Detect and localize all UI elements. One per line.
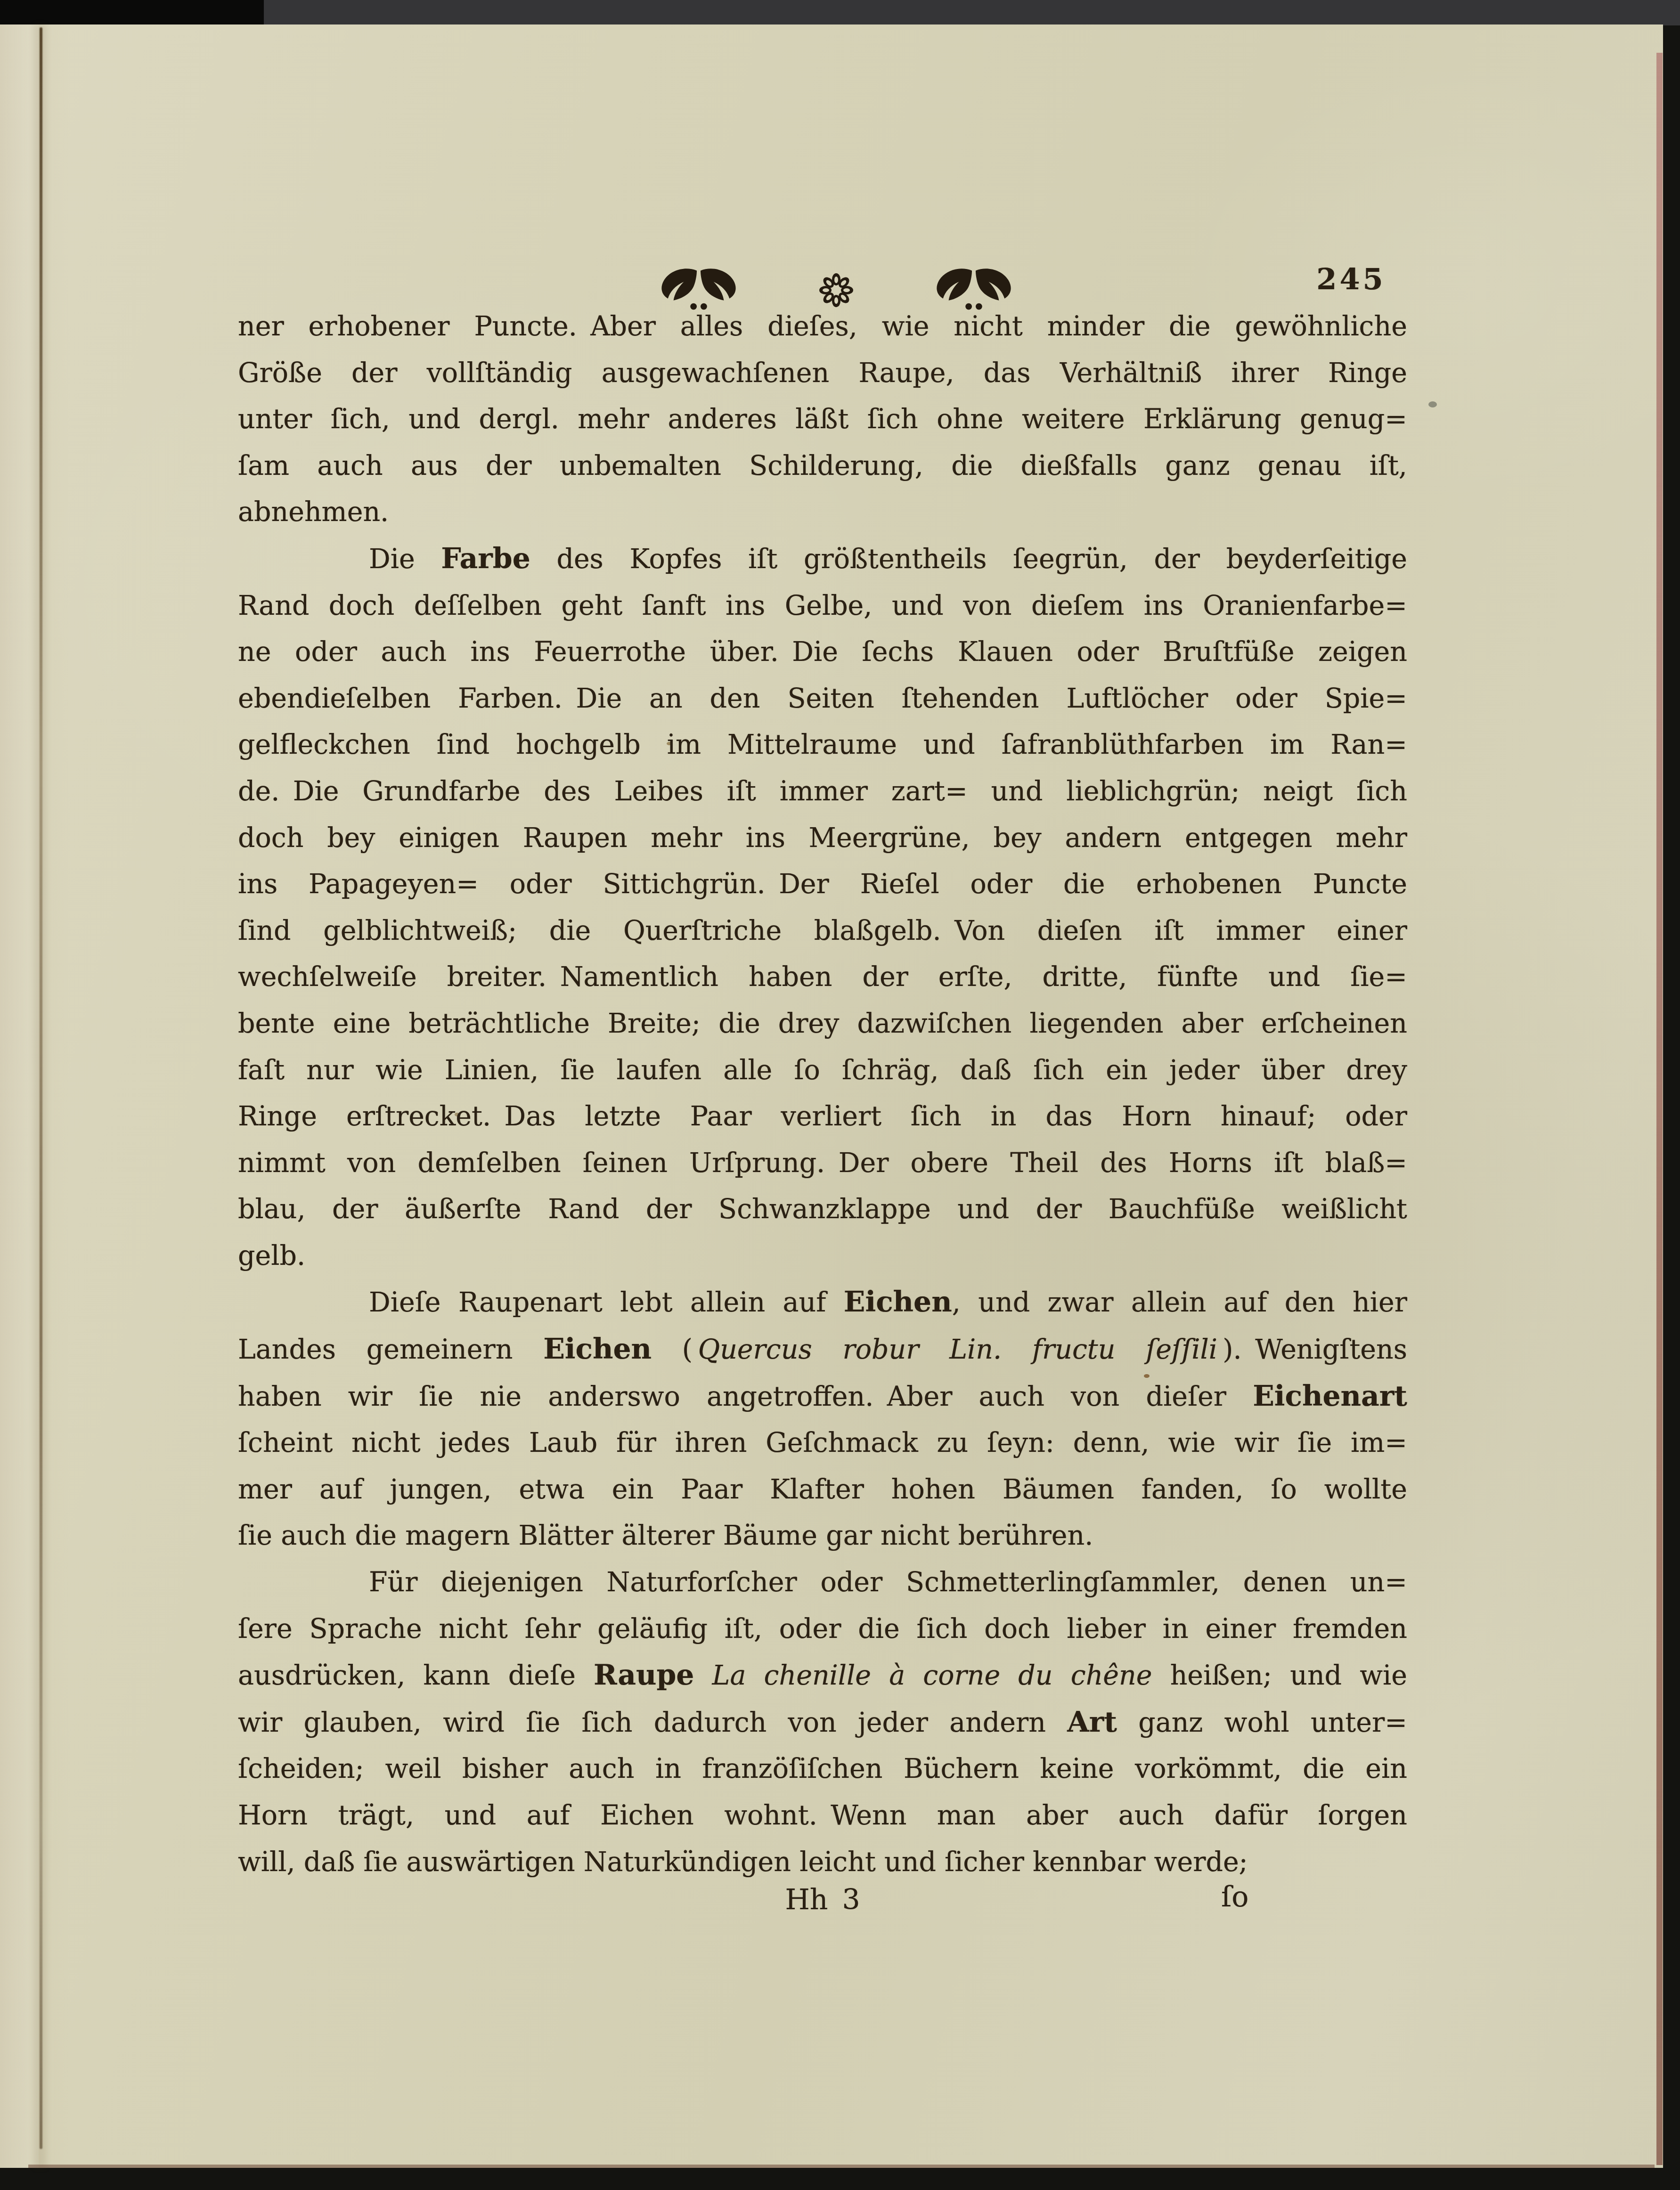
binding-crease-line xyxy=(40,27,42,2149)
body-text: Ringe erſtrecket. Das letzte Paar verlie… xyxy=(238,1101,1407,1132)
text-line: Dieſe Raupenart lebt allein auf Eichen, … xyxy=(238,1279,1407,1326)
text-line: faſt nur wie Linien, ſie laufen alle ſo … xyxy=(238,1047,1407,1094)
body-text: Größe der vollſtändig ausgewachſenen Rau… xyxy=(238,358,1407,389)
body-text: wir glauben, wird ſie ſich dadurch von j… xyxy=(238,1707,1067,1738)
emphasized-text: Eichenart xyxy=(1253,1380,1407,1413)
body-text: ebendieſelben Farben. Die an den Seiten … xyxy=(238,683,1407,714)
body-text: , und zwar allein auf den hier xyxy=(952,1287,1407,1318)
body-text: doch bey einigen Raupen mehr ins Meergrü… xyxy=(238,822,1407,854)
body-text: Die xyxy=(369,544,441,575)
body-text: Für diejenigen Naturforſcher oder Schmet… xyxy=(369,1567,1407,1598)
body-text: bente eine beträchtliche Breite; die dre… xyxy=(238,1008,1407,1039)
text-line: Ringe erſtrecket. Das letzte Paar verlie… xyxy=(238,1093,1407,1140)
emphasized-text: Eichen xyxy=(543,1333,652,1366)
body-text xyxy=(694,1660,712,1691)
body-text: Horn trägt, und auf Eichen wohnt. Wenn m… xyxy=(238,1800,1407,1831)
body-text: faſt nur wie Linien, ſie laufen alle ſo … xyxy=(238,1055,1407,1086)
body-text: ſind gelblichtweiß; die Querſtriche blaß… xyxy=(238,915,1407,946)
emphasized-text: Eichen xyxy=(844,1286,952,1319)
text-line: ſie auch die magern Blätter älterer Bäum… xyxy=(238,1513,1407,1559)
text-line: ſam auch aus der unbemalten Schilderung,… xyxy=(238,443,1407,489)
text-line: will, daß ſie auswärtigen Naturkündigen … xyxy=(238,1839,1407,1886)
body-text: ). Wenigſtens xyxy=(1217,1334,1407,1365)
body-text: gelb. xyxy=(238,1240,305,1271)
text-line: Horn trägt, und auf Eichen wohnt. Wenn m… xyxy=(238,1792,1407,1839)
body-text: mer auf jungen, etwa ein Paar Klafter ho… xyxy=(238,1474,1407,1505)
body-text: ſam auch aus der unbemalten Schilderung,… xyxy=(238,450,1407,481)
text-line: doch bey einigen Raupen mehr ins Meergrü… xyxy=(238,815,1407,862)
text-line: haben wir ſie nie anderswo angetroffen. … xyxy=(238,1373,1407,1420)
body-text: ſcheint nicht jedes Laub für ihren Geſch… xyxy=(238,1427,1407,1458)
catchword: ſo xyxy=(1221,1881,1248,1913)
body-text: ſcheiden; weil bisher auch in franzöſiſc… xyxy=(238,1753,1407,1784)
bottom-edge-line xyxy=(28,2165,1655,2168)
body-text: Rand doch deſſelben geht ſanft ins Gelbe… xyxy=(238,590,1407,621)
body-text: haben wir ſie nie anderswo angetroffen. … xyxy=(238,1381,1253,1412)
text-line: mer auf jungen, etwa ein Paar Klafter ho… xyxy=(238,1466,1407,1513)
text-line: blau, der äußerſte Rand der Schwanzklapp… xyxy=(238,1186,1407,1233)
latin-text: La chenille à corne du chêne xyxy=(712,1660,1152,1691)
body-text: wechſelweiſe breiter. Namentlich haben d… xyxy=(238,961,1407,993)
text-line: unter ſich, und dergl. mehr anderes läßt… xyxy=(238,396,1407,443)
body-text: ausdrücken, kann dieſe xyxy=(238,1660,594,1691)
text-line: Größe der vollſtändig ausgewachſenen Rau… xyxy=(238,350,1407,397)
text-line: ſind gelblichtweiß; die Querſtriche blaß… xyxy=(238,908,1407,954)
text-line: ne oder auch ins Feuerrothe über. Die ſe… xyxy=(238,629,1407,676)
text-line: ſcheiden; weil bisher auch in franzöſiſc… xyxy=(238,1746,1407,1792)
body-text: Dieſe Raupenart lebt allein auf xyxy=(369,1287,844,1318)
body-text: blau, der äußerſte Rand der Schwanzklapp… xyxy=(238,1194,1407,1225)
emphasized-text: Art xyxy=(1067,1706,1117,1739)
body-text: unter ſich, und dergl. mehr anderes läßt… xyxy=(238,404,1407,435)
emphasized-text: Raupe xyxy=(594,1659,694,1692)
body-text: will, daß ſie auswärtigen Naturkündigen … xyxy=(238,1847,1248,1878)
body-text: heißen; und wie xyxy=(1152,1660,1407,1691)
text-line: Für diejenigen Naturforſcher oder Schmet… xyxy=(238,1559,1407,1606)
text-line: nimmt von demſelben ſeinen Urſprung. Der… xyxy=(238,1140,1407,1187)
text-line: de. Die Grundfarbe des Leibes iſt immer … xyxy=(238,768,1407,815)
rosette-icon xyxy=(818,272,854,308)
page-number: 245 xyxy=(1299,262,1403,296)
latin-text: Quercus robur Lin. fructu ſeſſili xyxy=(698,1334,1217,1365)
body-text: de. Die Grundfarbe des Leibes iſt immer … xyxy=(238,776,1407,807)
text-line: gelfleckchen ſind hochgelb im Mittelraum… xyxy=(238,722,1407,768)
text-line: ebendieſelben Farben. Die an den Seiten … xyxy=(238,676,1407,722)
body-text: ne oder auch ins Feuerrothe über. Die ſe… xyxy=(238,636,1407,668)
body-text: ſie auch die magern Blätter älterer Bäum… xyxy=(238,1520,1093,1551)
text-block: ner erhobener Puncte. Aber alles dieſes,… xyxy=(238,303,1407,1885)
text-line: bente eine beträchtliche Breite; die dre… xyxy=(238,1001,1407,1047)
body-text: ( xyxy=(652,1334,698,1365)
text-line: Rand doch deſſelben geht ſanft ins Gelbe… xyxy=(238,583,1407,629)
body-text: abnehmen. xyxy=(238,497,389,528)
text-line: ins Papageyen= oder Sittichgrün. Der Rie… xyxy=(238,861,1407,908)
text-line: wechſelweiſe breiter. Namentlich haben d… xyxy=(238,954,1407,1001)
body-text: ins Papageyen= oder Sittichgrün. Der Rie… xyxy=(238,869,1407,900)
text-line: ſcheint nicht jedes Laub für ihren Geſch… xyxy=(238,1420,1407,1466)
emphasized-text: Farbe xyxy=(441,542,530,575)
text-line: ner erhobener Puncte. Aber alles dieſes,… xyxy=(238,303,1407,350)
text-line: Die Farbe des Kopfes iſt größtentheils ſ… xyxy=(238,536,1407,583)
text-line: abnehmen. xyxy=(238,489,1407,536)
body-text: ſere Sprache nicht ſehr geläufig iſt, od… xyxy=(238,1613,1407,1645)
text-line: wir glauben, wird ſie ſich dadurch von j… xyxy=(238,1699,1407,1746)
text-line: ſere Sprache nicht ſehr geläufig iſt, od… xyxy=(238,1606,1407,1653)
text-line: gelb. xyxy=(238,1233,1407,1279)
body-text: ganz wohl unter= xyxy=(1117,1707,1407,1738)
body-text: des Kopfes iſt größtentheils ſeegrün, de… xyxy=(530,544,1407,575)
body-text: ner erhobener Puncte. Aber alles dieſes,… xyxy=(238,311,1407,342)
body-text: gelfleckchen ſind hochgelb im Mittelraum… xyxy=(238,729,1407,760)
body-text: nimmt von demſelben ſeinen Urſprung. Der… xyxy=(238,1148,1407,1179)
paper-speck xyxy=(1428,401,1437,407)
fore-edge-tint xyxy=(1656,53,1663,2165)
text-line: Landes gemeinern Eichen ( Quercus robur … xyxy=(238,1326,1407,1373)
book-scan: { "page": { "number": "245", "signature"… xyxy=(0,0,1680,2190)
body-text: Landes gemeinern xyxy=(238,1334,543,1365)
text-line: ausdrücken, kann dieſe Raupe La chenille… xyxy=(238,1652,1407,1699)
